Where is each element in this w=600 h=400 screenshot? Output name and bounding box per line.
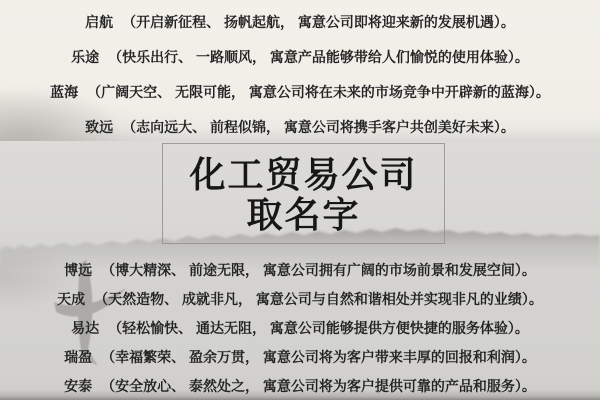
list-item: 易达 （轻松愉快、 通达无阻， 寓意公司能够提供方便快捷的服务体验）。 <box>0 313 600 342</box>
name-description: （轻松愉快、 通达无阻， 寓意公司能够提供方便快捷的服务体验）。 <box>108 318 529 338</box>
page-title-line1: 化工贸易公司 <box>189 155 417 195</box>
list-item: 天成 （天然造物、 成就非凡， 寓意公司与自然和谐相处并实现非凡的业绩）。 <box>0 284 600 313</box>
list-item: 致远 （志向远大、 前程似锦， 寓意公司将携手客户共创美好未来）。 <box>0 109 600 144</box>
poster-canvas: 启航 （开启新征程、 扬帆起航， 寓意公司即将迎来新的发展机遇）。 乐途 （快乐… <box>0 0 600 400</box>
name-description: （志向远大、 前程似锦， 寓意公司将携手客户共创美好未来）。 <box>122 117 515 137</box>
company-name: 博远 <box>64 260 92 280</box>
company-name: 易达 <box>71 318 99 338</box>
title-box: 化工贸易公司 取名字 <box>162 143 445 244</box>
name-description: （安全放心、 泰然处之， 寓意公司将为客户提供可靠的产品和服务）。 <box>101 376 536 396</box>
list-item: 蓝海 （广阔天空、 无限可能， 寓意公司将在未来的市场竞争中开辟新的蓝海）。 <box>0 74 600 109</box>
name-description: （快乐出行、 一路顺风， 寓意产品能够带给人们愉悦的使用体验）。 <box>108 47 529 67</box>
list-item: 博远 （博大精深、 前途无限， 寓意公司拥有广阔的市场前景和发展空间）。 <box>0 255 600 284</box>
company-name: 启航 <box>85 12 113 32</box>
name-description: （天然造物、 成就非凡， 寓意公司与自然和谐相处并实现非凡的业绩）。 <box>94 289 543 309</box>
company-name: 瑞盈 <box>64 347 92 367</box>
company-name: 天成 <box>57 289 85 309</box>
list-item: 乐途 （快乐出行、 一路顺风， 寓意产品能够带给人们愉悦的使用体验）。 <box>0 39 600 74</box>
list-item: 启航 （开启新征程、 扬帆起航， 寓意公司即将迎来新的发展机遇）。 <box>0 4 600 39</box>
list-item: 瑞盈 （幸福繁荣、 盈余万贯， 寓意公司将为客户带来丰厚的回报和利润）。 <box>0 342 600 371</box>
name-description: （博大精深、 前途无限， 寓意公司拥有广阔的市场前景和发展空间）。 <box>101 260 536 280</box>
company-name: 乐途 <box>71 47 99 67</box>
company-name: 蓝海 <box>50 82 78 102</box>
page-title-line2: 取名字 <box>246 195 360 235</box>
name-description: （开启新征程、 扬帆起航， 寓意公司即将迎来新的发展机遇）。 <box>122 12 515 32</box>
bottom-name-list: 博远 （博大精深、 前途无限， 寓意公司拥有广阔的市场前景和发展空间）。 天成 … <box>0 255 600 400</box>
list-item: 安泰 （安全放心、 泰然处之， 寓意公司将为客户提供可靠的产品和服务）。 <box>0 371 600 400</box>
top-name-list: 启航 （开启新征程、 扬帆起航， 寓意公司即将迎来新的发展机遇）。 乐途 （快乐… <box>0 4 600 144</box>
name-description: （幸福繁荣、 盈余万贯， 寓意公司将为客户带来丰厚的回报和利润）。 <box>101 347 536 367</box>
company-name: 安泰 <box>64 376 92 396</box>
company-name: 致远 <box>85 117 113 137</box>
name-description: （广阔天空、 无限可能， 寓意公司将在未来的市场竞争中开辟新的蓝海）。 <box>87 82 550 102</box>
